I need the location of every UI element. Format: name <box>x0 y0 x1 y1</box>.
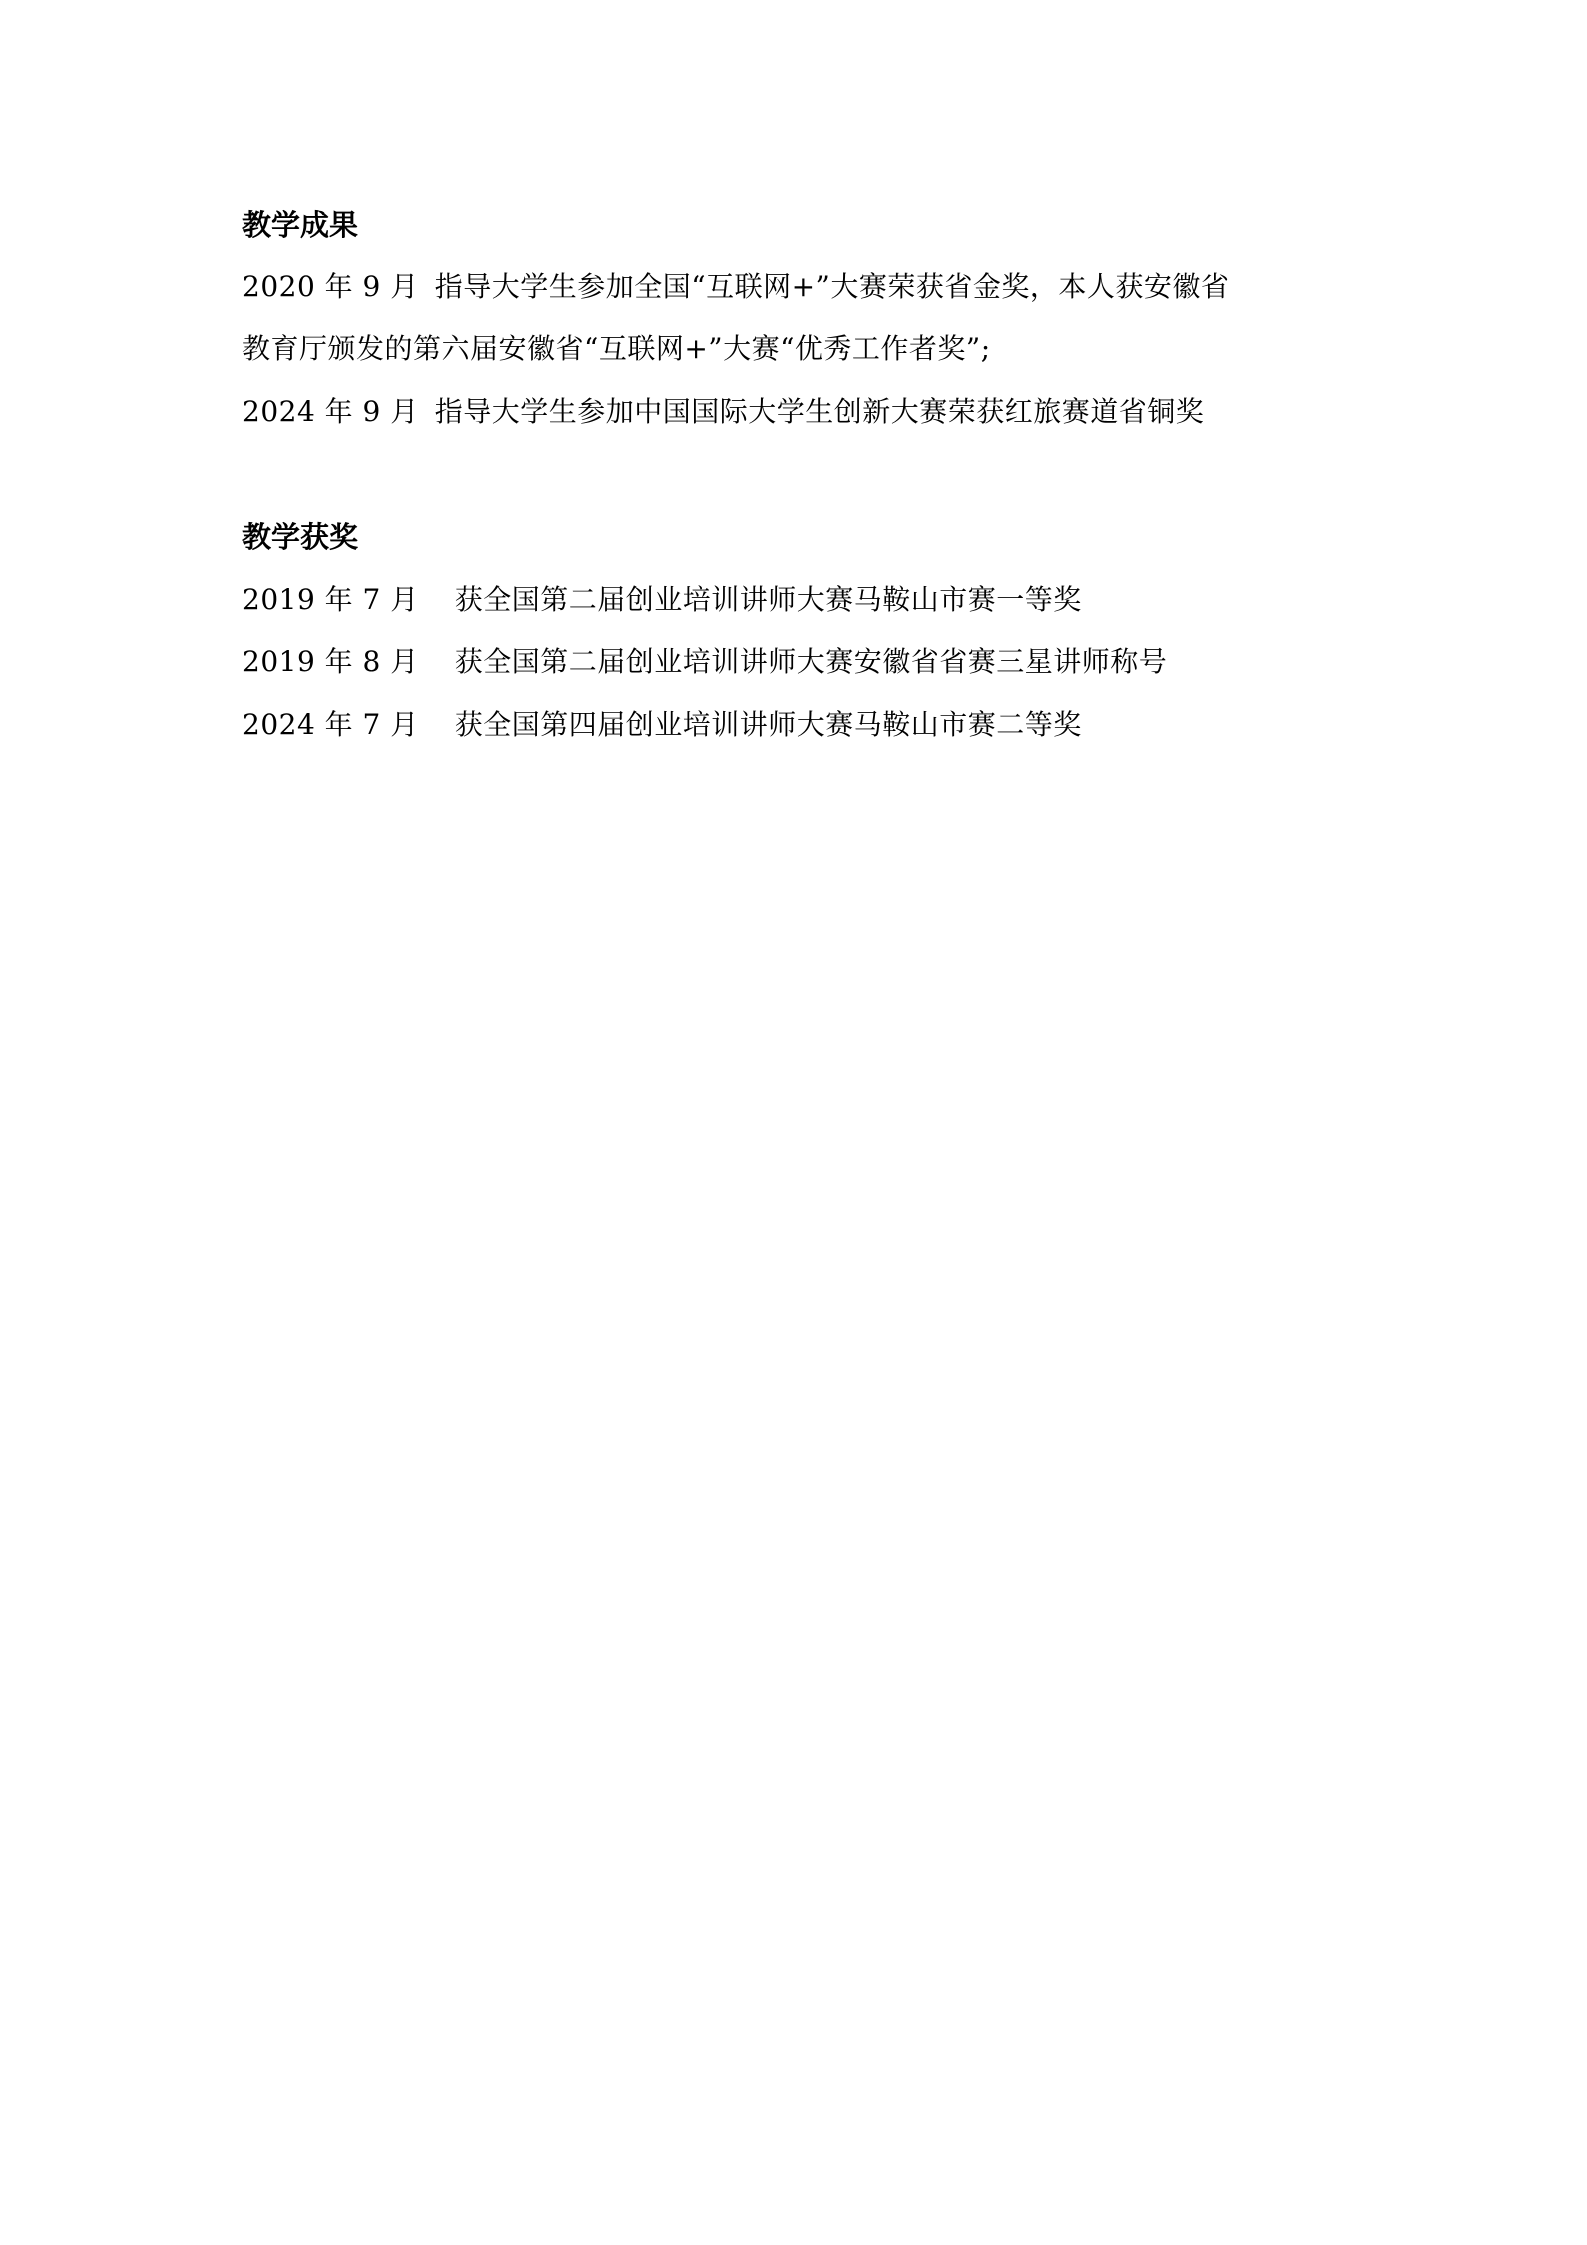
section-title-teaching-achievements: 教学成果 <box>242 211 358 240</box>
achievement-date: 2020 年 9 月 <box>242 273 419 301</box>
achievement-text: 指导大学生参加中国国际大学生创新大赛荣获红旅赛道省铜奖 <box>435 395 1205 428</box>
award-text: 获全国第二届创业培训讲师大赛安徽省省赛三星讲师称号 <box>455 645 1168 678</box>
achievement-text: 教育厅颁发的第六届安徽省“互联网+”大赛“优秀工作者奖”; <box>242 332 991 365</box>
achievement-date: 2024 年 9 月 <box>242 398 419 426</box>
achievement-item-continuation: 教育厅颁发的第六届安徽省“互联网+”大赛“优秀工作者奖”; <box>242 335 991 363</box>
award-item: 2019 年 8 月获全国第二届创业培训讲师大赛安徽省省赛三星讲师称号 <box>242 648 1167 676</box>
achievement-item: 2020 年 9 月指导大学生参加全国“互联网+”大赛荣获省金奖，本人获安徽省 <box>242 273 1229 301</box>
award-item: 2019 年 7 月获全国第二届创业培训讲师大赛马鞍山市赛一等奖 <box>242 586 1082 614</box>
award-date: 2024 年 7 月 <box>242 711 419 739</box>
award-text: 获全国第四届创业培训讲师大赛马鞍山市赛二等奖 <box>455 708 1082 741</box>
award-date: 2019 年 7 月 <box>242 586 419 614</box>
award-date: 2019 年 8 月 <box>242 648 419 676</box>
achievement-text: 指导大学生参加全国“互联网+”大赛荣获省金奖，本人获安徽省 <box>435 270 1230 303</box>
section-title-teaching-awards: 教学获奖 <box>242 523 358 552</box>
award-item: 2024 年 7 月获全国第四届创业培训讲师大赛马鞍山市赛二等奖 <box>242 711 1082 739</box>
achievement-item: 2024 年 9 月指导大学生参加中国国际大学生创新大赛荣获红旅赛道省铜奖 <box>242 398 1204 426</box>
award-text: 获全国第二届创业培训讲师大赛马鞍山市赛一等奖 <box>455 583 1082 616</box>
